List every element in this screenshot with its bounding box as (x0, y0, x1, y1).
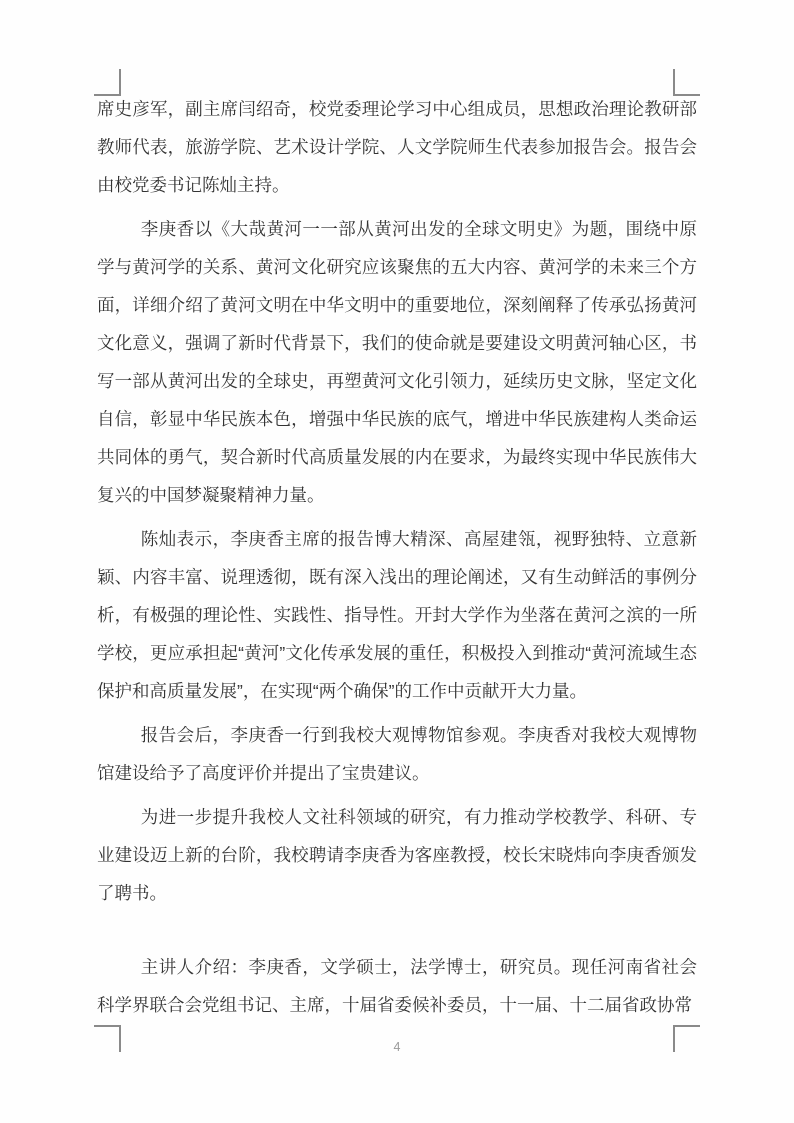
paragraph-speaker-introduction: 主讲人介绍：李庚香，文学硕士，法学博士，研究员。现任河南省社会科学界联合会党组书… (97, 948, 697, 1024)
page-number: 4 (0, 1040, 794, 1054)
document-page: 席史彦军，副主席闫绍奇，校党委理论学习中心组成员，思想政治理论教研部教师代表，旅… (0, 0, 794, 1123)
paragraph-attendees: 席史彦军，副主席闫绍奇，校党委理论学习中心组成员，思想政治理论教研部教师代表，旅… (97, 90, 697, 204)
paragraph-museum-visit: 报告会后，李庚香一行到我校大观博物馆参观。李庚香对我校大观博物馆建设给予了高度评… (97, 716, 697, 792)
paragraph-guest-professor: 为进一步提升我校人文社科领域的研究，有力推动学校教学、科研、专业建设迈上新的台阶… (97, 798, 697, 912)
blank-line (97, 918, 697, 948)
document-body: 席史彦军，副主席闫绍奇，校党委理论学习中心组成员，思想政治理论教研部教师代表，旅… (97, 90, 697, 1030)
paragraph-lecture-topic: 李庚香以《大哉黄河一一部从黄河出发的全球文明史》为题，围绕中原学与黄河学的关系、… (97, 210, 697, 514)
paragraph-chencan-remarks: 陈灿表示，李庚香主席的报告博大精深、高屋建瓴，视野独特、立意新颖、内容丰富、说理… (97, 520, 697, 710)
